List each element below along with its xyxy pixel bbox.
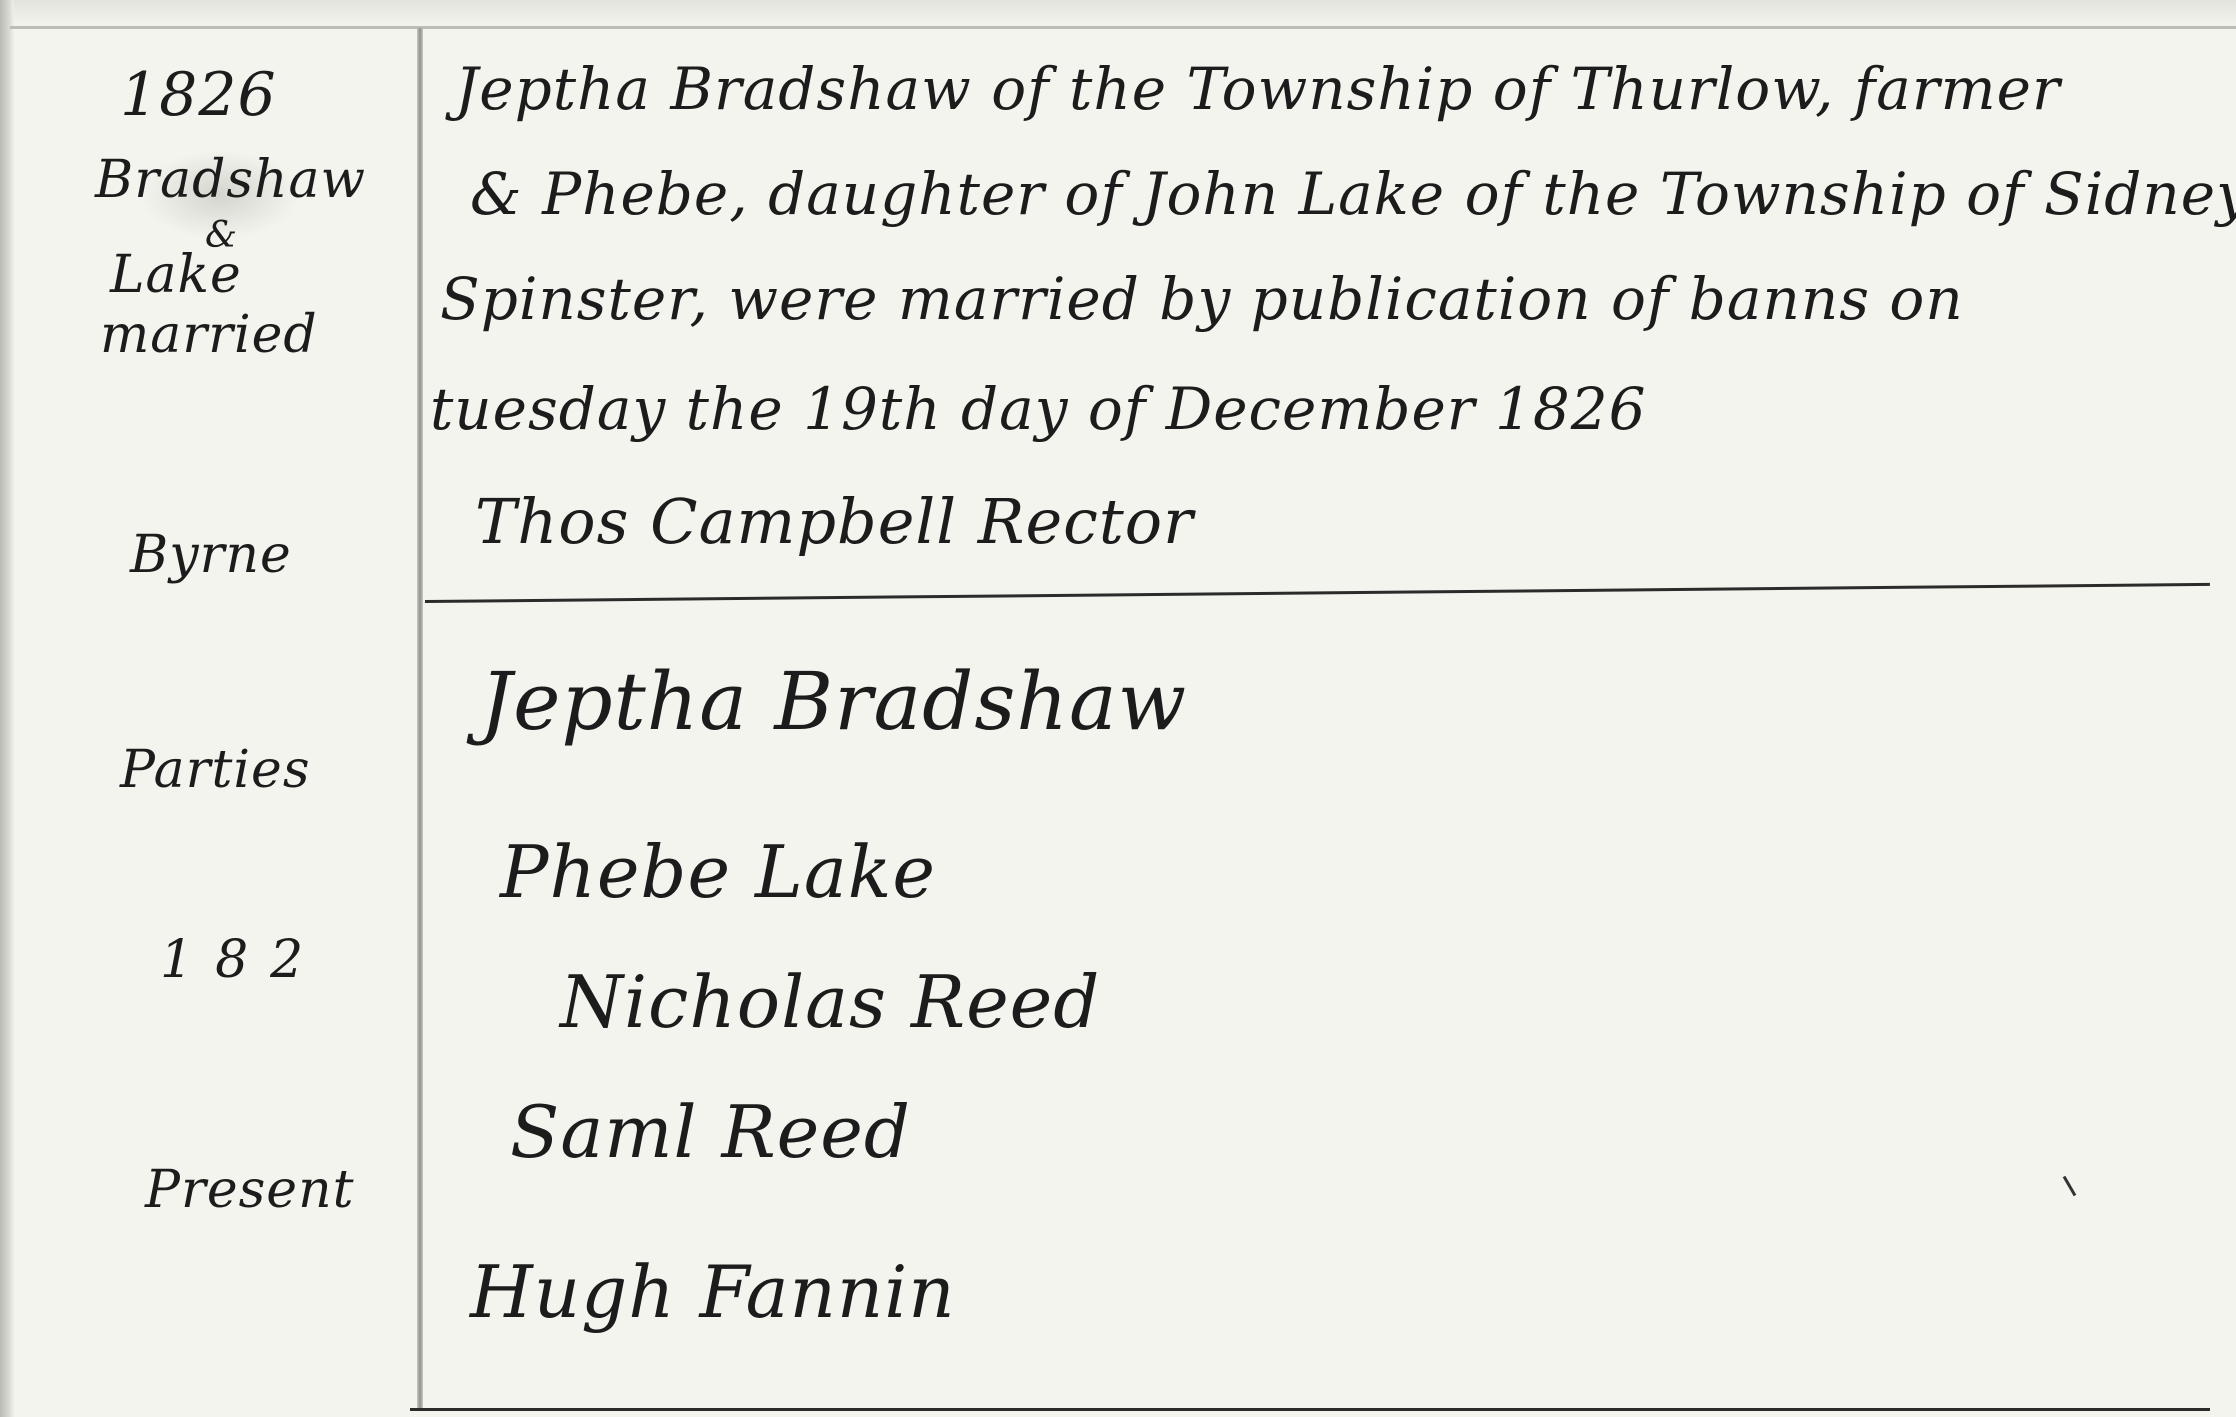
page-binding-edge xyxy=(0,0,14,1417)
top-border-line xyxy=(10,26,2236,29)
bottom-rule xyxy=(410,1408,2210,1411)
margin-present: Present xyxy=(145,1160,354,1220)
margin-surname-1: Bradshaw xyxy=(95,150,366,210)
entry-separator-rule xyxy=(425,583,2210,603)
entry-line-5-rector: Thos Campbell Rector xyxy=(475,485,1194,558)
margin-year: 1826 xyxy=(120,60,277,130)
entry-line-1: Jeptha Bradshaw of the Township of Thurl… xyxy=(455,55,2061,123)
entry-line-2: & Phebe, daughter of John Lake of the To… xyxy=(470,160,2236,228)
entry-line-3: Spinster, were married by publication of… xyxy=(440,265,1964,333)
entry-line-4: tuesday the 19th day of December 1826 xyxy=(430,375,1647,443)
margin-parties: Parties xyxy=(120,740,311,800)
signature-witness-2: Saml Reed xyxy=(510,1090,911,1174)
margin-byrne: Byrne xyxy=(130,525,292,585)
register-page: 1826 Bradshaw & Lake married Byrne Parti… xyxy=(0,0,2236,1417)
signature-groom: Jeptha Bradshaw xyxy=(480,655,1187,748)
top-page-shadow xyxy=(0,0,2236,28)
signature-witness-3: Hugh Fannin xyxy=(470,1250,956,1334)
margin-divider-line xyxy=(417,28,423,1408)
signature-witness-1: Nicholas Reed xyxy=(560,960,1100,1044)
margin-surname-2: Lake xyxy=(110,245,242,305)
margin-entry-number: 182 xyxy=(160,930,325,990)
signature-bride: Phebe Lake xyxy=(500,830,936,914)
ink-mark xyxy=(2063,1176,2077,1197)
margin-status: married xyxy=(100,305,318,365)
